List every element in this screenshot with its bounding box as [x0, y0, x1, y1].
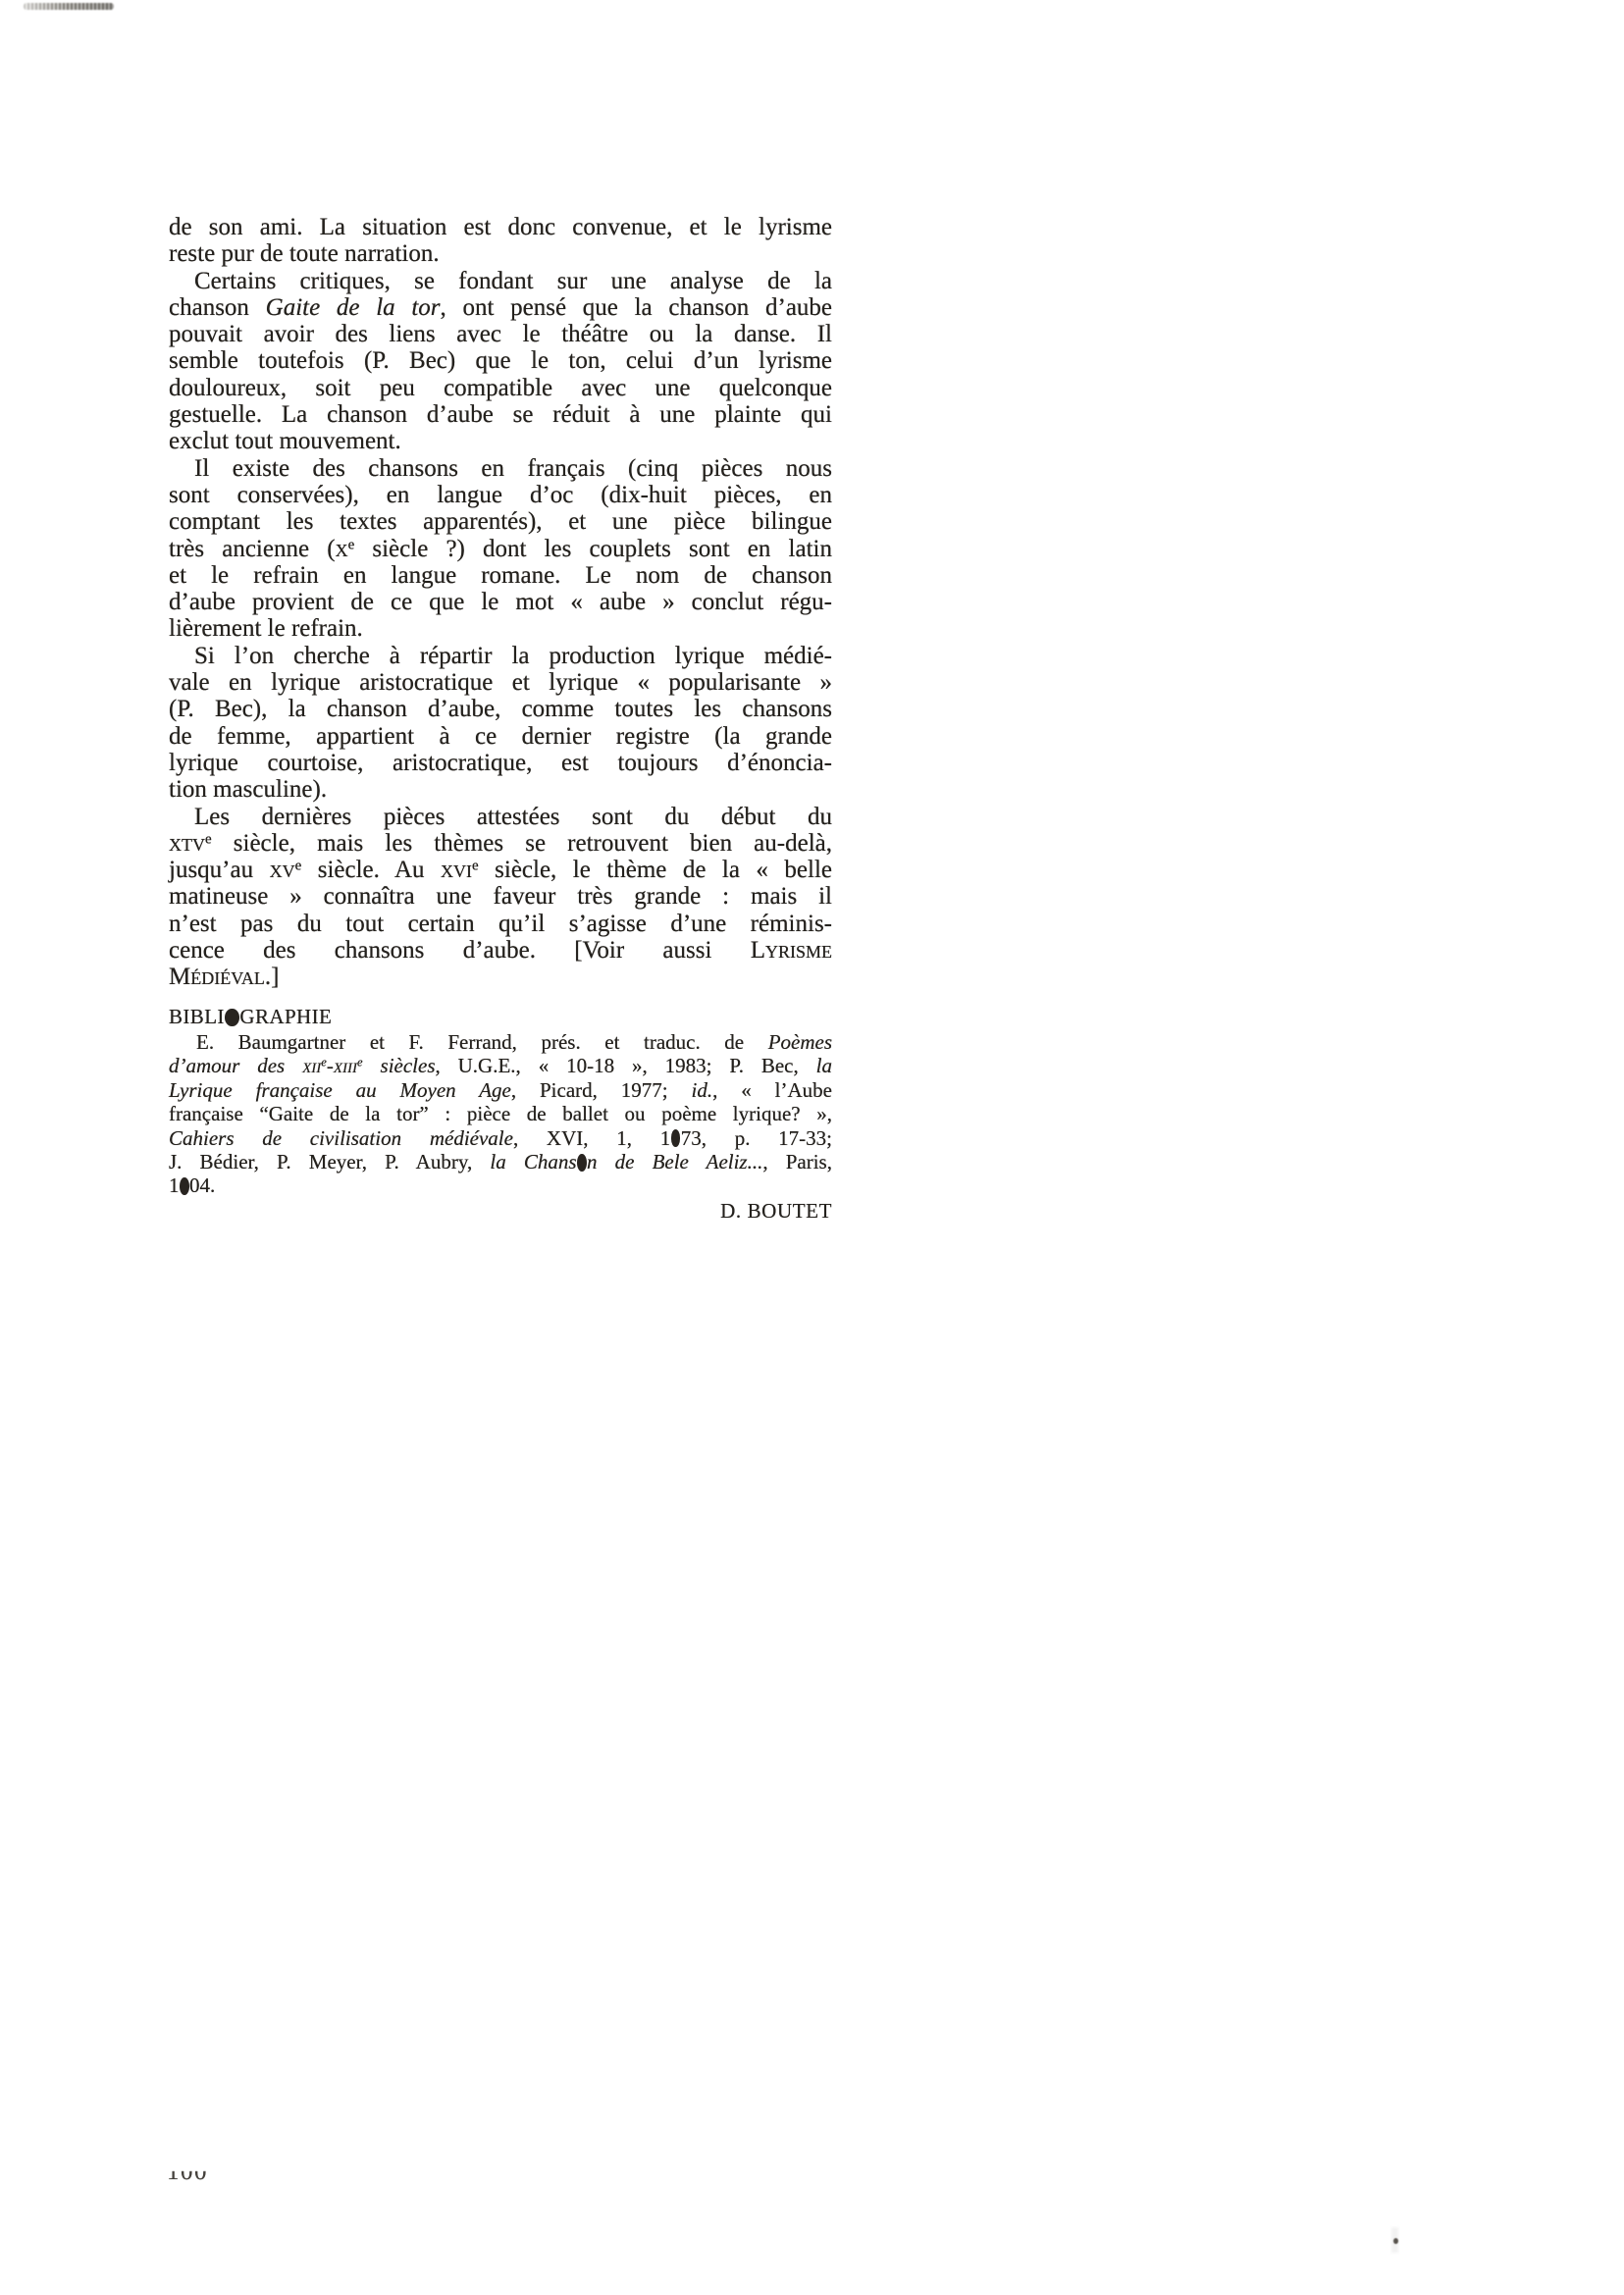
text-line: Lyrique française au Moyen Age, Picard, … — [169, 1078, 832, 1102]
bibliography-heading: BIBLIOGRAPHIE — [169, 1005, 832, 1028]
text-line: Certains critiques, se fondant sur une a… — [169, 268, 832, 294]
text-line: 1904. — [169, 1174, 832, 1197]
text-line: et le refrain en langue romane. Le nom d… — [169, 562, 832, 589]
text-line: de son ami. La situation est donc conven… — [169, 214, 832, 240]
text-line: lièrement le refrain. — [169, 615, 832, 642]
text-line: d’amour des xiie-xiiie siècles, U.G.E., … — [169, 1054, 832, 1077]
text-line: semble toutefois (P. Bec) que le ton, ce… — [169, 347, 832, 374]
text-line: française “Gaite de la tor” : pièce de b… — [169, 1102, 832, 1125]
text-line: (P. Bec), la chanson d’aube, comme toute… — [169, 696, 832, 722]
text-line: Il existe des chansons en français (cinq… — [169, 455, 832, 482]
text-line: gestuelle. La chanson d’aube se réduit à… — [169, 401, 832, 428]
text-line: tion masculine). — [169, 776, 832, 803]
text-line: pouvait avoir des liens avec le théâtre … — [169, 321, 832, 347]
text-line: comptant les textes apparentés), et une … — [169, 508, 832, 535]
ink-speck-artifact — [1389, 2227, 1401, 2253]
ink-speck-dot — [1393, 2238, 1398, 2244]
text-line: Médiéval.] — [169, 964, 832, 990]
scanned-book-page: de son ami. La situation est donc conven… — [0, 0, 1624, 2295]
text-line: xtve siècle, mais les thèmes se retrouve… — [169, 830, 832, 857]
text-line: E. Baumgartner et F. Ferrand, prés. et t… — [169, 1030, 832, 1054]
text-line: lyrique courtoise, aristocratique, est t… — [169, 750, 832, 776]
text-line: sont conservées), en langue d’oc (dix-hu… — [169, 482, 832, 508]
text-line: vale en lyrique aristocratique et lyriqu… — [169, 669, 832, 696]
text-line: chanson Gaite de la tor, ont pensé que l… — [169, 294, 832, 321]
text-line: matineuse » connaîtra une faveur très gr… — [169, 883, 832, 910]
text-line: J. Bédier, P. Meyer, P. Aubry, la Chanso… — [169, 1150, 832, 1174]
text-line: Si l’on cherche à répartir la production… — [169, 643, 832, 669]
article-text: de son ami. La situation est donc conven… — [169, 214, 832, 991]
text-line: Cahiers de civilisation médiévale, XVI, … — [169, 1126, 832, 1150]
print-smudge-artifact — [24, 3, 114, 10]
author-signature: D. BOUTET — [169, 1199, 832, 1223]
text-line: cence des chansons d’aube. [Voir aussi L… — [169, 937, 832, 964]
text-line: Les dernières pièces attestées sont du d… — [169, 804, 832, 830]
text-line: jusqu’au xve siècle. Au xvie siècle, le … — [169, 857, 832, 883]
text-line: BIBLIOGRAPHIE — [169, 1005, 832, 1028]
text-line: de femme, appartient à ce dernier regist… — [169, 723, 832, 750]
bibliography-text: E. Baumgartner et F. Ferrand, prés. et t… — [169, 1030, 832, 1198]
page-number: 100 — [167, 2159, 208, 2186]
text-line: d’aube provient de ce que le mot « aube … — [169, 589, 832, 615]
text-line: douloureux, soit peu compatible avec une… — [169, 375, 832, 401]
text-line: exclut tout mouvement. — [169, 428, 832, 454]
text-line: n’est pas du tout certain qu’il s’agisse… — [169, 911, 832, 937]
text-line: reste pur de toute narration. — [169, 240, 832, 267]
text-line: très ancienne (xe siècle ?) dont les cou… — [169, 536, 832, 562]
